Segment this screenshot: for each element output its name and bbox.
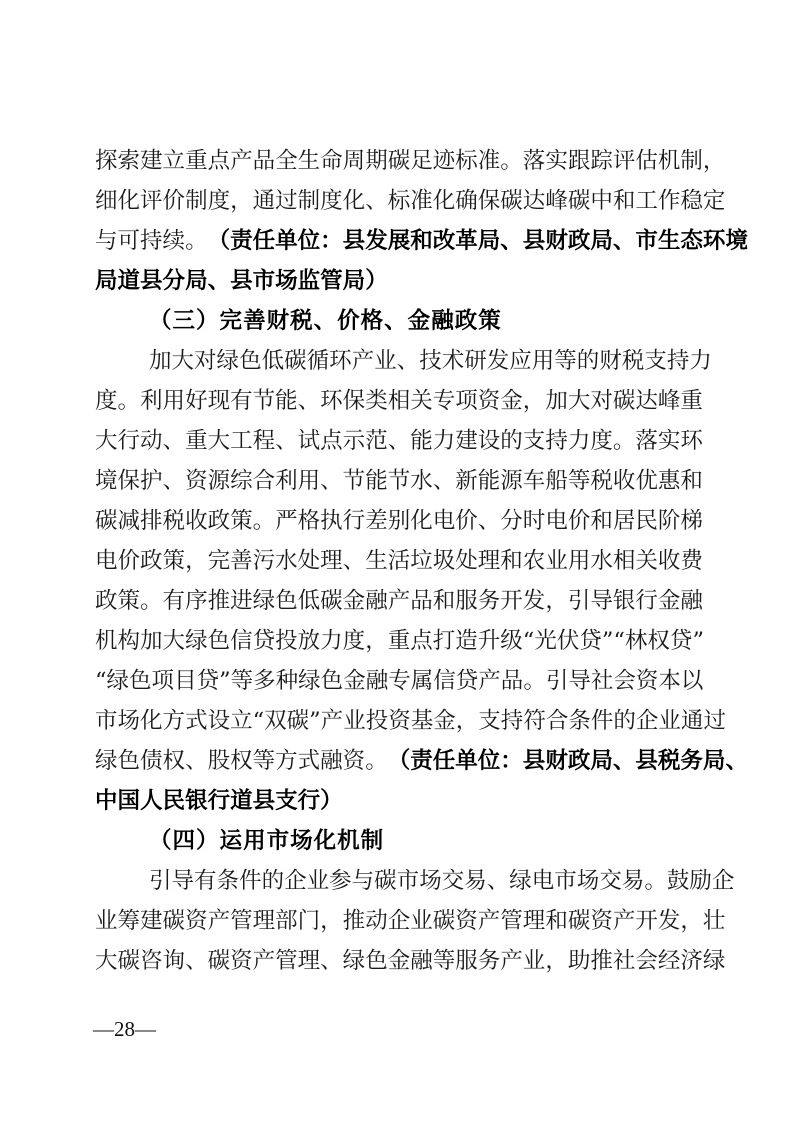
section-heading: （四）运用市场化机制	[95, 821, 699, 861]
page-number: —28—	[93, 1017, 156, 1042]
text-line: 碳减排税收政策。严格执行差别化电价、分时电价和居民阶梯	[95, 501, 699, 541]
document-body: 探索建立重点产品全生命周期碳足迹标准。落实跟踪评估机制，细化评价制度，通过制度化…	[95, 141, 699, 981]
text-line: 绿色债权、股权等方式融资。（责任单位：县财政局、县税务局、	[95, 741, 699, 781]
text-line: 局道县分局、县市场监管局）	[95, 261, 699, 301]
text-line: 中国人民银行道县支行）	[95, 781, 699, 821]
text-line: 业筹建碳资产管理部门，推动企业碳资产管理和碳资产开发，壮	[95, 901, 699, 941]
text-line: 机构加大绿色信贷投放力度，重点打造升级“光伏贷”“林权贷”	[95, 621, 699, 661]
text-line: 与可持续。（责任单位：县发展和改革局、县财政局、市生态环境	[95, 221, 699, 261]
section-heading: （三）完善财税、价格、金融政策	[95, 301, 699, 341]
text-line: 电价政策，完善污水处理、生活垃圾处理和农业用水相关收费	[95, 541, 699, 581]
text-line: 加大对绿色低碳循环产业、技术研发应用等的财税支持力	[95, 341, 699, 381]
text-line: 大行动、重大工程、试点示范、能力建设的支持力度。落实环	[95, 421, 699, 461]
document-page: 探索建立重点产品全生命周期碳足迹标准。落实跟踪评估机制，细化评价制度，通过制度化…	[95, 141, 699, 981]
text-line: 大碳咨询、碳资产管理、绿色金融等服务产业，助推社会经济绿	[95, 941, 699, 981]
text-line: 政策。有序推进绿色低碳金融产品和服务开发，引导银行金融	[95, 581, 699, 621]
text-line: 探索建立重点产品全生命周期碳足迹标准。落实跟踪评估机制，	[95, 141, 699, 181]
text-line: 境保护、资源综合利用、节能节水、新能源车船等税收优惠和	[95, 461, 699, 501]
text-line: “绿色项目贷”等多种绿色金融专属信贷产品。引导社会资本以	[95, 661, 699, 701]
text-line: 引导有条件的企业参与碳市场交易、绿电市场交易。鼓励企	[95, 861, 699, 901]
text-line: 市场化方式设立“双碳”产业投资基金，支持符合条件的企业通过	[95, 701, 699, 741]
text-line: 度。利用好现有节能、环保类相关专项资金，加大对碳达峰重	[95, 381, 699, 421]
text-line: 细化评价制度，通过制度化、标准化确保碳达峰碳中和工作稳定	[95, 181, 699, 221]
